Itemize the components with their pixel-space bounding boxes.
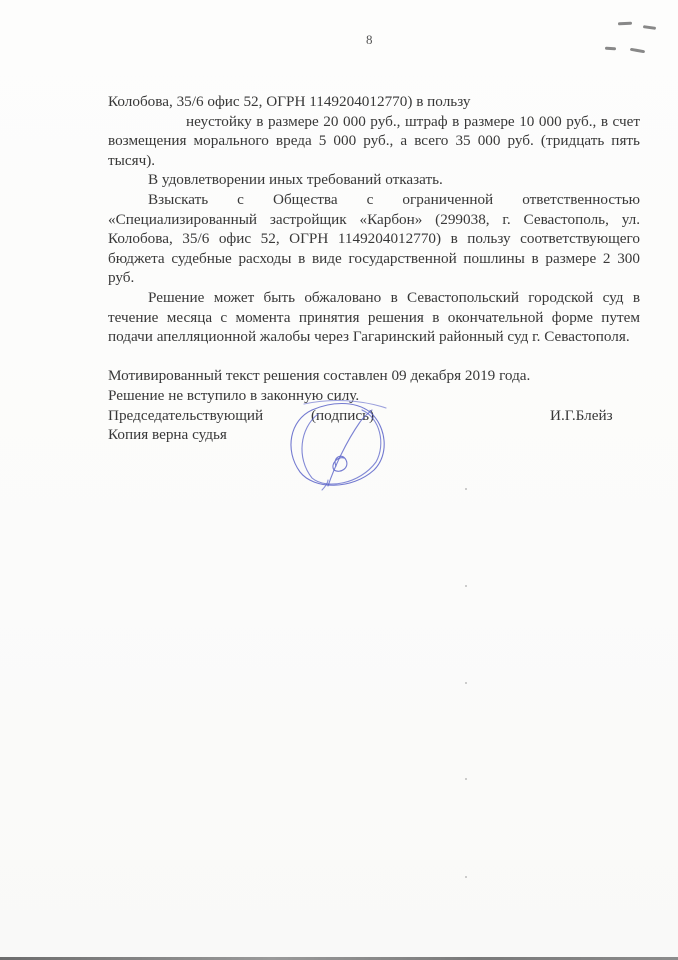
document-page: 8 Колобова, 35/6 офис 52, ОГРН 114920401… — [0, 0, 678, 960]
paragraph-award-rest: неустойку в размере 20 000 руб., штраф в… — [108, 113, 640, 169]
paragraph-award: Колобова, 35/6 офис 52, ОГРН 11492040127… — [108, 92, 640, 170]
paragraph-court-costs: Взыскать с Общества с ограниченной ответ… — [108, 190, 640, 288]
scan-mark — [643, 25, 656, 30]
scan-speck — [465, 778, 467, 780]
scan-speck — [465, 585, 467, 587]
scan-mark — [605, 47, 616, 51]
judge-name: И.Г.Блейз — [550, 406, 613, 426]
scan-speck — [465, 876, 467, 878]
scan-mark — [630, 48, 645, 54]
scan-mark — [618, 22, 632, 26]
document-body: Колобова, 35/6 офис 52, ОГРН 11492040127… — [108, 92, 640, 445]
paragraph-deny: В удовлетворении иных требований отказат… — [108, 170, 640, 190]
motivated-text-date: Мотивированный текст решения составлен 0… — [108, 366, 640, 386]
scan-speck — [465, 488, 467, 490]
scan-speck — [465, 682, 467, 684]
presiding-label: Председательствующий — [108, 406, 263, 426]
paragraph-award-line1: Колобова, 35/6 офис 52, ОГРН 11492040127… — [108, 92, 640, 112]
page-number: 8 — [366, 32, 373, 48]
spacer — [108, 347, 640, 367]
paragraph-appeal: Решение может быть обжаловано в Севастоп… — [108, 288, 640, 347]
handwritten-signature-icon — [282, 398, 392, 492]
